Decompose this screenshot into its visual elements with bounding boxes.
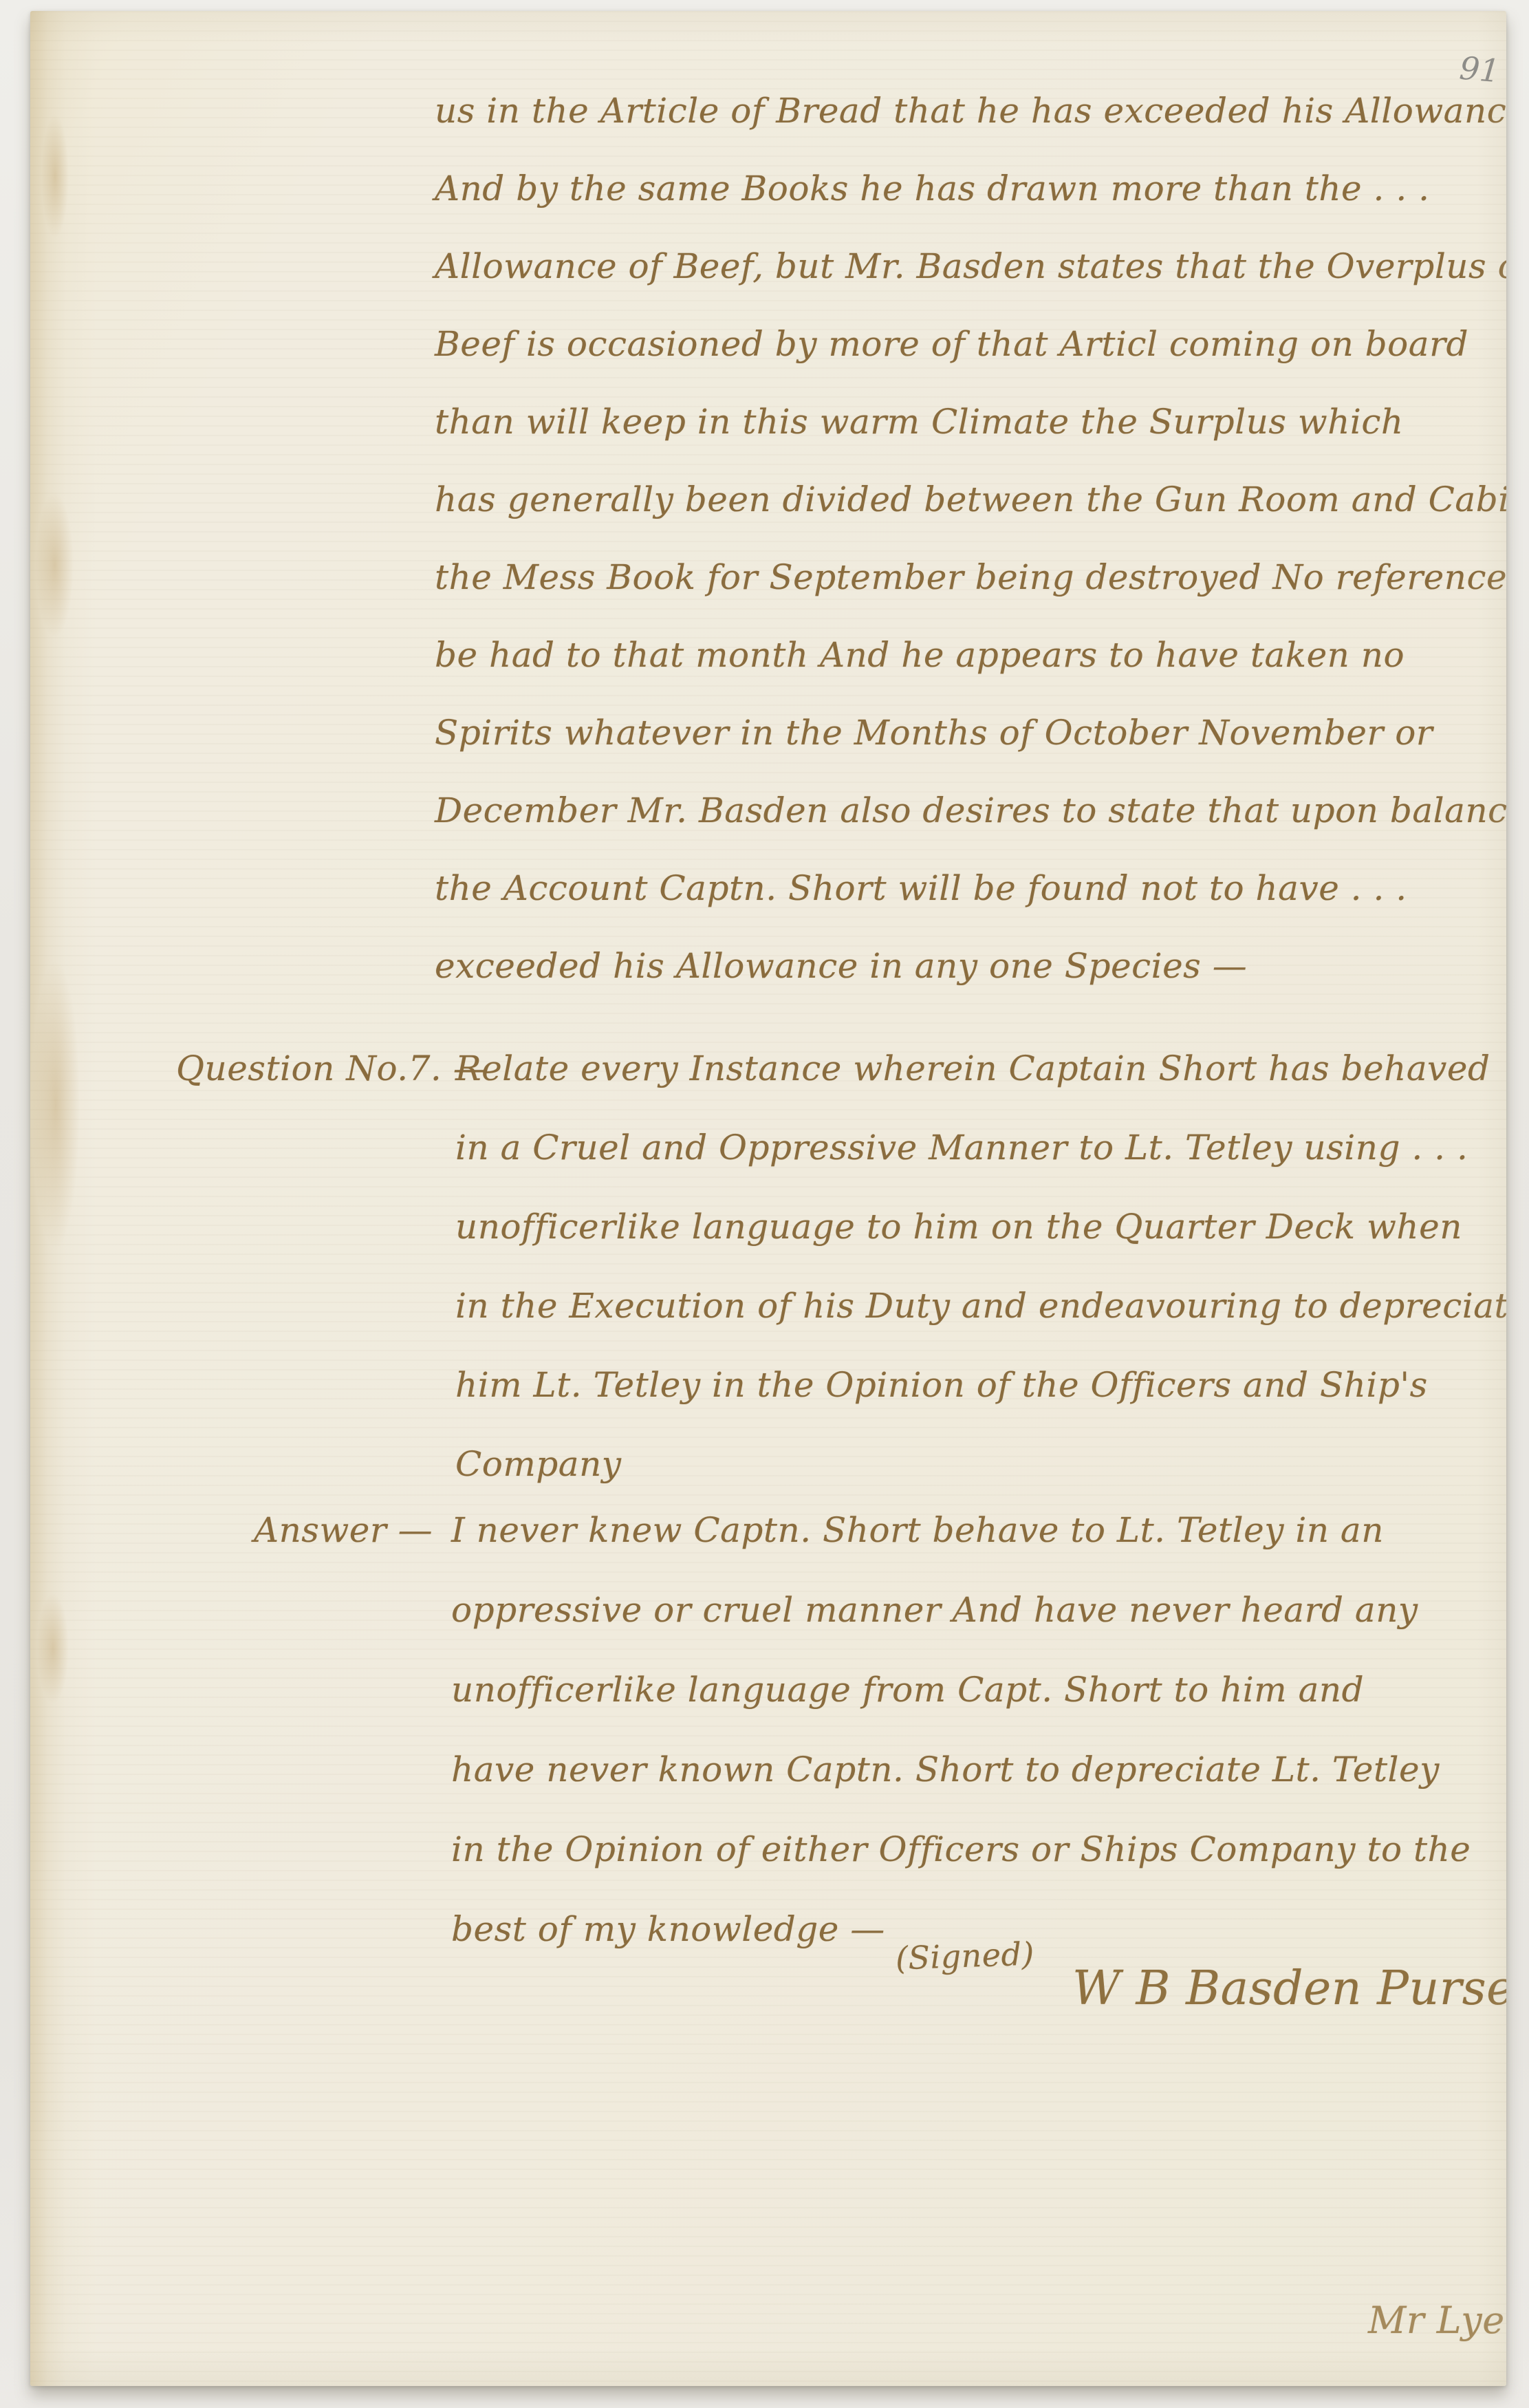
body-line: Spirits whatever in the Months of Octobe… bbox=[435, 694, 1506, 772]
answer-label: Answer — bbox=[254, 1490, 433, 1570]
body-line: the Mess Book for September being destro… bbox=[435, 539, 1506, 616]
question-line: unofficerlike language to him on the Qua… bbox=[455, 1187, 1506, 1267]
answer-text: I never knew Captn. Short behave to Lt. … bbox=[451, 1490, 1471, 1969]
body-line: us in the Article of Bread that he has e… bbox=[435, 72, 1506, 150]
signed-annotation: (Signed) bbox=[895, 1935, 1035, 1977]
binding-stain bbox=[37, 1593, 69, 1703]
answer-line: oppressive or cruel manner And have neve… bbox=[451, 1570, 1471, 1650]
body-line: be had to that month And he appears to h… bbox=[435, 616, 1506, 694]
question-line: in the Execution of his Duty and endeavo… bbox=[455, 1267, 1506, 1346]
deposition-body-text: us in the Article of Bread that he has e… bbox=[435, 72, 1506, 1005]
body-line: exceeded his Allowance in any one Specie… bbox=[435, 927, 1506, 1005]
question-line: in a Cruel and Oppressive Manner to Lt. … bbox=[455, 1108, 1506, 1187]
body-line: than will keep in this warm Climate the … bbox=[435, 383, 1506, 461]
binding-stain bbox=[36, 493, 74, 637]
question-line: him Lt. Tetley in the Opinion of the Off… bbox=[455, 1346, 1506, 1425]
body-line: has generally been divided between the G… bbox=[435, 461, 1506, 539]
body-line: Allowance of Beef, but Mr. Basden states… bbox=[435, 228, 1506, 305]
manuscript-page: 91 us in the Article of Bread that he ha… bbox=[30, 11, 1506, 2386]
binding-stain bbox=[32, 960, 80, 1249]
answer-line: in the Opinion of either Officers or Shi… bbox=[451, 1809, 1471, 1889]
answer-line: unofficerlike language from Capt. Short … bbox=[451, 1650, 1471, 1730]
answer-line: I never knew Captn. Short behave to Lt. … bbox=[451, 1490, 1471, 1570]
question-number-label: Question No.7. — bbox=[176, 1029, 488, 1108]
body-line: And by the same Books he has drawn more … bbox=[435, 150, 1506, 228]
question-line: Relate every Instance wherein Captain Sh… bbox=[455, 1029, 1506, 1108]
question-text: Relate every Instance wherein Captain Sh… bbox=[455, 1029, 1506, 1504]
body-line: the Account Captn. Short will be found n… bbox=[435, 850, 1506, 927]
answer-line: have never known Captn. Short to depreci… bbox=[451, 1730, 1471, 1809]
body-line: December Mr. Basden also desires to stat… bbox=[435, 772, 1506, 850]
binding-stain bbox=[41, 114, 69, 238]
purser-signature: W B Basden Purser bbox=[1072, 1961, 1506, 2016]
body-line: Beef is occasioned by more of that Artic… bbox=[435, 305, 1506, 383]
catchword: Mr Lye bbox=[1368, 2299, 1505, 2342]
